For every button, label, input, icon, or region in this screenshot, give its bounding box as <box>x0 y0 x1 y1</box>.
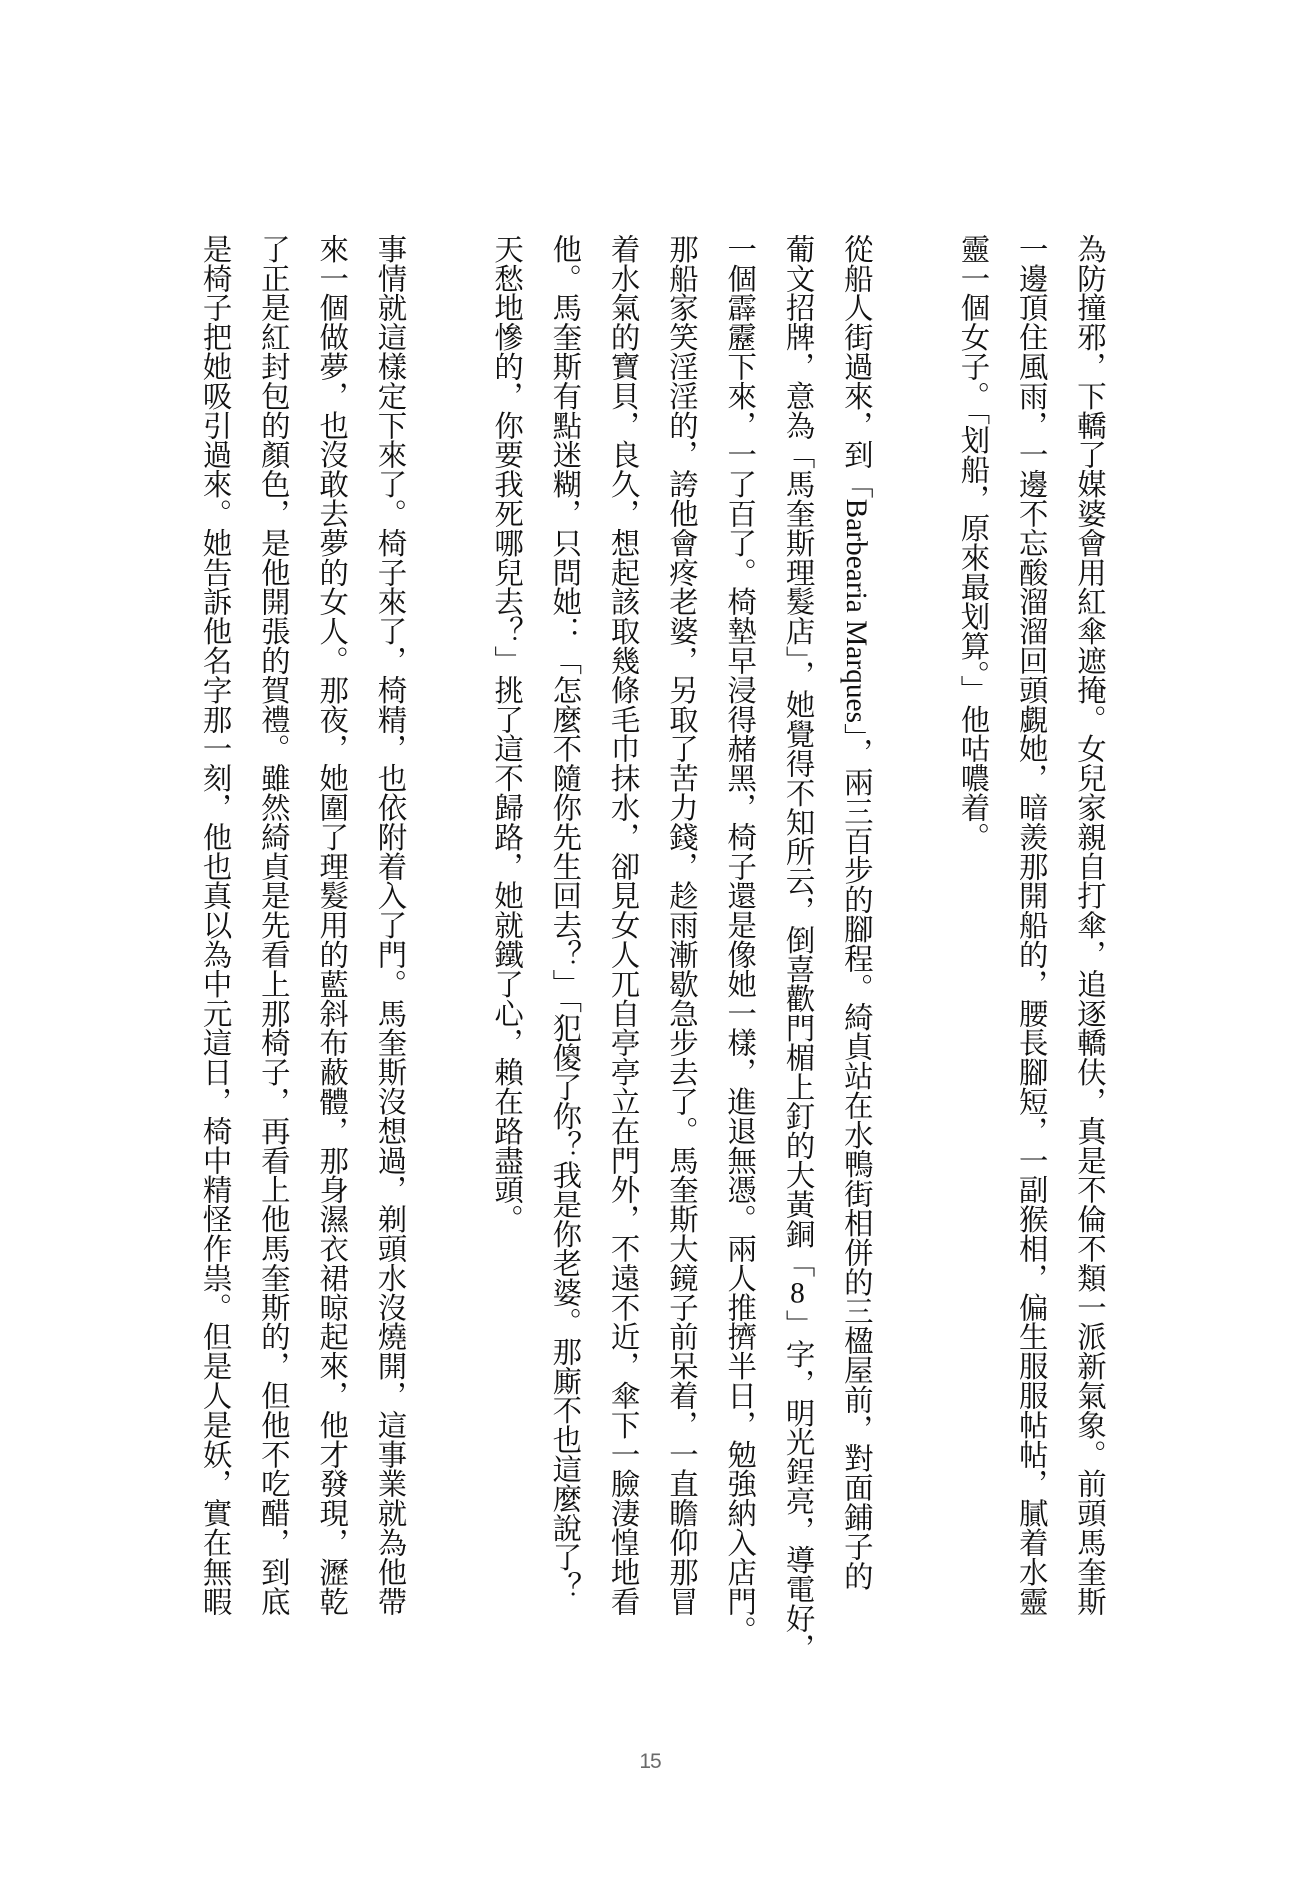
text-column: 那船家笑淫淫的，誇他會疼老婆，另取了苦力錢，趁雨漸歇急步去了。馬奎斯大鏡子前呆着… <box>652 234 710 1634</box>
document-page: 為防撞邪，下轎了媒婆會用紅傘遮掩。女兒家親自打傘，追逐轎伕，真是不倫不類一派新氣… <box>0 0 1300 1890</box>
vertical-body-text: 為防撞邪，下轎了媒婆會用紅傘遮掩。女兒家親自打傘，追逐轎伕，真是不倫不類一派新氣… <box>185 234 1118 1634</box>
text-column: 來一個做夢，也沒敢去夢的女人。那夜，她圍了理髮用的藍斜布蔽體，那身濕衣裙晾起來，… <box>302 234 360 1634</box>
paragraph-3: 事情就這樣定下來了。椅子來了，椅精，也依附着入了門。馬奎斯沒想過，剃頭水沒燒開，… <box>185 234 418 1634</box>
text-column: 一邊頂住風雨，一邊不忘酸溜溜回頭覷她，暗羨那開船的，腰長腳短，一副猴相，偏生服服… <box>1001 234 1059 1634</box>
text-column: 了正是紅封包的顏色，是他開張的賀禮。雖然綺貞是先看上那椅子，再看上他馬奎斯的，但… <box>244 234 302 1634</box>
text-column: 他。馬奎斯有點迷糊，只問她：「怎麼不隨你先生回去？」「犯傻了你？我是你老婆。那廝… <box>535 234 593 1634</box>
text-column: 着水氣的寶貝，良久，想起該取幾條毛巾抹水，卻見女人兀自亭亭立在門外，不遠不近，傘… <box>593 234 651 1634</box>
text-column: 為防撞邪，下轎了媒婆會用紅傘遮掩。女兒家親自打傘，追逐轎伕，真是不倫不類一派新氣… <box>1060 234 1118 1634</box>
text-column: 靈一個女子。「划船，原來最划算。」他咕噥着。 <box>943 234 1001 1634</box>
text-column: 是椅子把她吸引過來。她告訴他名字那一刻，他也真以為中元這日，椅中精怪作祟。但是人… <box>185 234 243 1634</box>
text-column: 一個霹靂下來，一了百了。椅墊早浸得赭黑，椅子還是像她一樣，進退無憑。兩人推擠半日… <box>710 234 768 1634</box>
text-column: 從船人街過來，到「Barbearia Marques」，兩三百步的腳程。綺貞站在… <box>827 234 885 1634</box>
text-column: 葡文招牌，意為「馬奎斯理髮店」，她覺得不知所云，倒喜歡門楣上釘的大黃銅「8」字，… <box>768 234 826 1634</box>
paragraph-2: 從船人街過來，到「Barbearia Marques」，兩三百步的腳程。綺貞站在… <box>477 234 885 1634</box>
text-column: 事情就這樣定下來了。椅子來了，椅精，也依附着入了門。馬奎斯沒想過，剃頭水沒燒開，… <box>360 234 418 1634</box>
paragraph-1: 為防撞邪，下轎了媒婆會用紅傘遮掩。女兒家親自打傘，追逐轎伕，真是不倫不類一派新氣… <box>943 234 1118 1634</box>
page-number: 15 <box>0 1750 1300 1774</box>
text-column: 天愁地慘的，你要我死哪兒去？」挑了這不歸路，她就鐵了心，賴在路盡頭。 <box>477 234 535 1634</box>
